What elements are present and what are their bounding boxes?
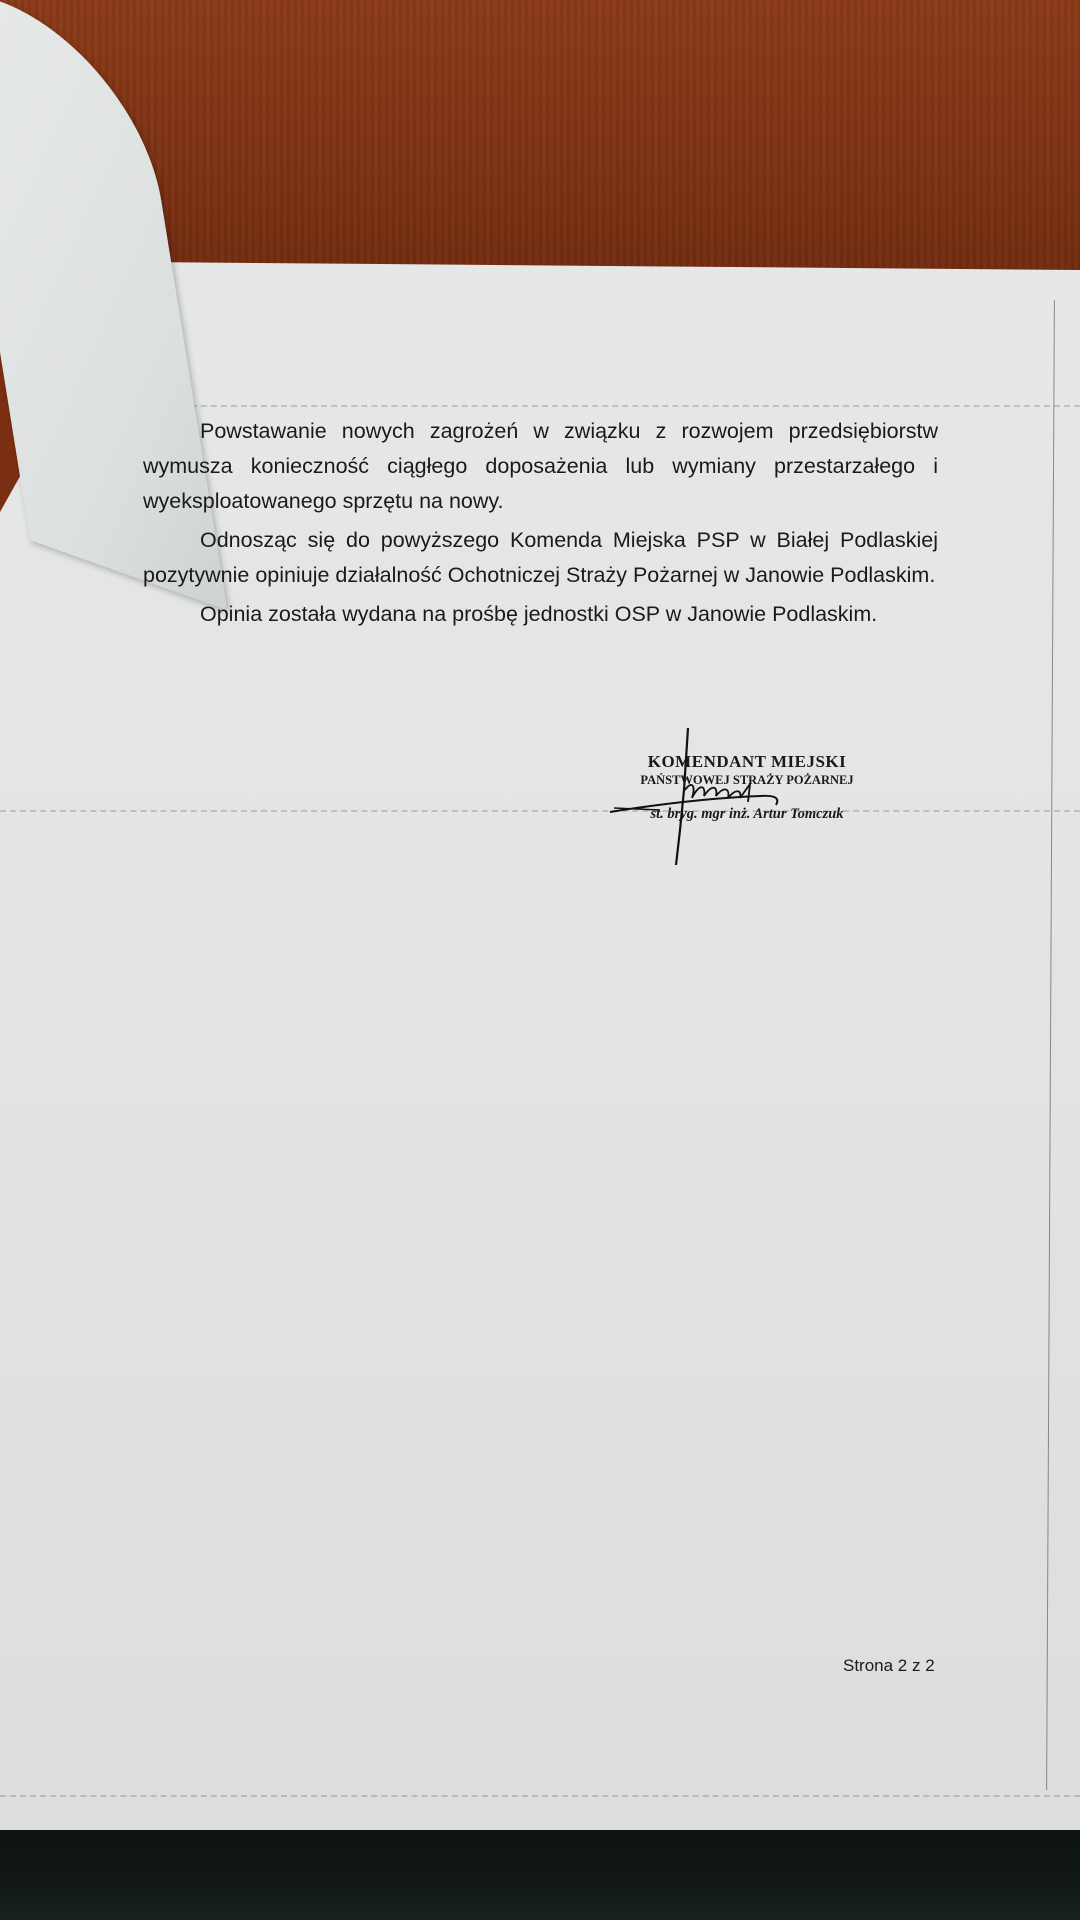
paragraph-3: Opinia została wydana na prośbę jednostk…: [143, 597, 938, 632]
paragraph-2: Odnosząc się do powyższego Komenda Miejs…: [143, 523, 938, 593]
fold-line-middle: [0, 810, 1080, 812]
handwritten-signature-icon: [600, 720, 860, 870]
fold-line-bottom: [0, 1795, 1080, 1797]
page-number: Strona 2 z 2: [843, 1656, 935, 1676]
paragraph-1: Powstawanie nowych zagrożeń w związku z …: [143, 414, 938, 519]
document-body: Powstawanie nowych zagrożeń w związku z …: [143, 414, 938, 636]
dark-fabric-foreground: [0, 1830, 1080, 1920]
